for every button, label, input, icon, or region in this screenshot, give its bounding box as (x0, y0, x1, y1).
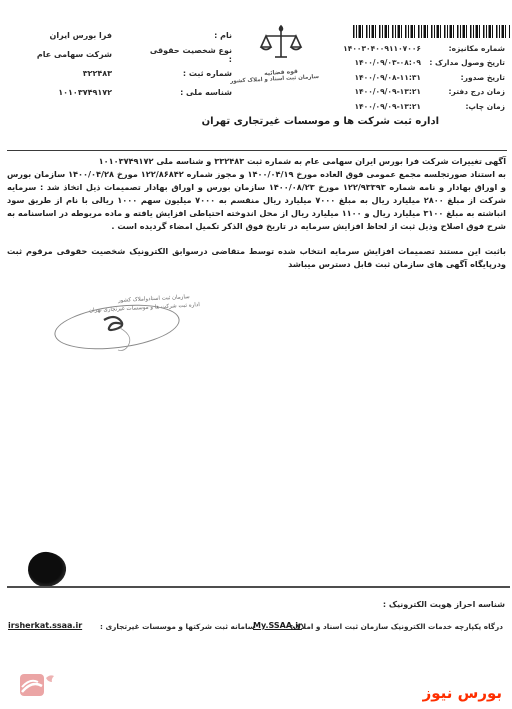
document-page: شماره مکانیزه: ۱۴۰۰۳۰۴۰۰۹۱۱۰۷۰۰۶ تاریخ و… (0, 0, 512, 709)
company-registry-link[interactable]: irsherkat.ssaa.ir (8, 621, 82, 630)
field-issue-date: تاریخ صدور: ۱۴۰۰/۰۹/۰۸-۱۱:۳۱ (329, 70, 505, 85)
bourse-news-watermark: بورس نیوز (423, 684, 502, 702)
portal-link[interactable]: My.SSAA.ir (253, 621, 302, 630)
barcode (353, 25, 510, 38)
field-label: نام : (146, 31, 232, 40)
header-left-fields: نام : فرا بورس ایران نوع شخصیت حقوقی : ش… (10, 26, 232, 102)
field-registration-number: شماره ثبت : ۳۲۲۴۸۳ (10, 64, 232, 83)
field-value: شرکت سهامی عام (10, 50, 146, 59)
top-divider (7, 150, 507, 151)
field-docs-received-date: تاریخ وصول مدارک : ۱۴۰۰/۰۹/۰۳-۰۸:۰۹ (329, 56, 505, 71)
field-value: ۱۴۰۰/۰۹/۰۳-۰۸:۰۹ (329, 58, 421, 67)
field-label: نوع شخصیت حقوقی : (146, 46, 232, 64)
field-value: فرا بورس ایران (10, 31, 146, 40)
portal-services-label: درگاه یکپارچه خدمات الکترونیک سازمان ثبت… (290, 622, 503, 631)
field-label: شماره مکانیزه: (421, 44, 505, 53)
bottom-divider (7, 586, 510, 588)
signature-scribble-icon (90, 310, 150, 352)
field-name: نام : فرا بورس ایران (10, 26, 232, 45)
field-value: ۱۴۰۰/۰۹/۰۹-۱۳:۲۱ (329, 102, 421, 111)
registration-stamp: سازمان ثبت اسنادواملاک کشور اداره ثبت شر… (52, 294, 200, 366)
announcement-body: آگهی تغییرات شرکت فرا بورس ایران سهامی ع… (7, 155, 506, 271)
company-registry-label: سامانه ثبت شرکتها و موسسات غیرتجاری : (100, 622, 255, 631)
bourse-news-logo (8, 670, 56, 702)
field-label: شناسه ملی : (146, 88, 232, 97)
announcement-headline: آگهی تغییرات شرکت فرا بورس ایران سهامی ع… (7, 155, 506, 168)
field-label: شماره ثبت : (146, 69, 232, 78)
field-legal-entity-type: نوع شخصیت حقوقی : شرکت سهامی عام (10, 45, 232, 64)
announcement-paragraph-2: باثبت این مستند تصمیمات افزایش سرمایه ان… (7, 245, 506, 271)
header-right-fields: شماره مکانیزه: ۱۴۰۰۳۰۴۰۰۹۱۱۰۷۰۰۶ تاریخ و… (329, 41, 505, 114)
page-title: اداره ثبت شرکت ها و موسسات غیرتجاری تهرا… (202, 116, 439, 127)
field-value: ۳۲۲۴۸۳ (10, 69, 146, 78)
field-print-time: زمان چاپ: ۱۴۰۰/۰۹/۰۹-۱۳:۲۱ (329, 99, 505, 114)
field-value: ۱۴۰۰/۰۹/۰۸-۱۱:۳۱ (329, 73, 421, 82)
scales-of-justice-icon (258, 23, 304, 69)
field-ledger-entry-time: زمان درج دفتر: ۱۴۰۰/۰۹/۰۹-۱۳:۲۱ (329, 85, 505, 100)
field-national-id: شناسه ملی : ۱۰۱۰۳۷۴۹۱۷۲ (10, 83, 232, 102)
announcement-paragraph-1: به استناد صورتجلسه مجمع عمومی فوق العاده… (7, 168, 506, 233)
field-value: ۱۴۰۰/۰۹/۰۹-۱۳:۲۱ (329, 87, 421, 96)
field-mechanized-number: شماره مکانیزه: ۱۴۰۰۳۰۴۰۰۹۱۱۰۷۰۰۶ (329, 41, 505, 56)
field-label: تاریخ وصول مدارک : (421, 58, 505, 67)
field-label: زمان درج دفتر: (421, 87, 505, 96)
field-value: ۱۴۰۰۳۰۴۰۰۹۱۱۰۷۰۰۶ (329, 44, 421, 53)
field-label: زمان چاپ: (421, 102, 505, 111)
field-label: تاریخ صدور: (421, 73, 505, 82)
judiciary-emblem: قوه قضائیه سازمان ثبت اسناد و املاک کشور (243, 23, 319, 103)
ink-fingerprint-mark (26, 550, 69, 590)
electronic-auth-id-label: شناسه احراز هویت الکترونیک : (383, 600, 505, 609)
field-value: ۱۰۱۰۳۷۴۹۱۷۲ (10, 88, 146, 97)
